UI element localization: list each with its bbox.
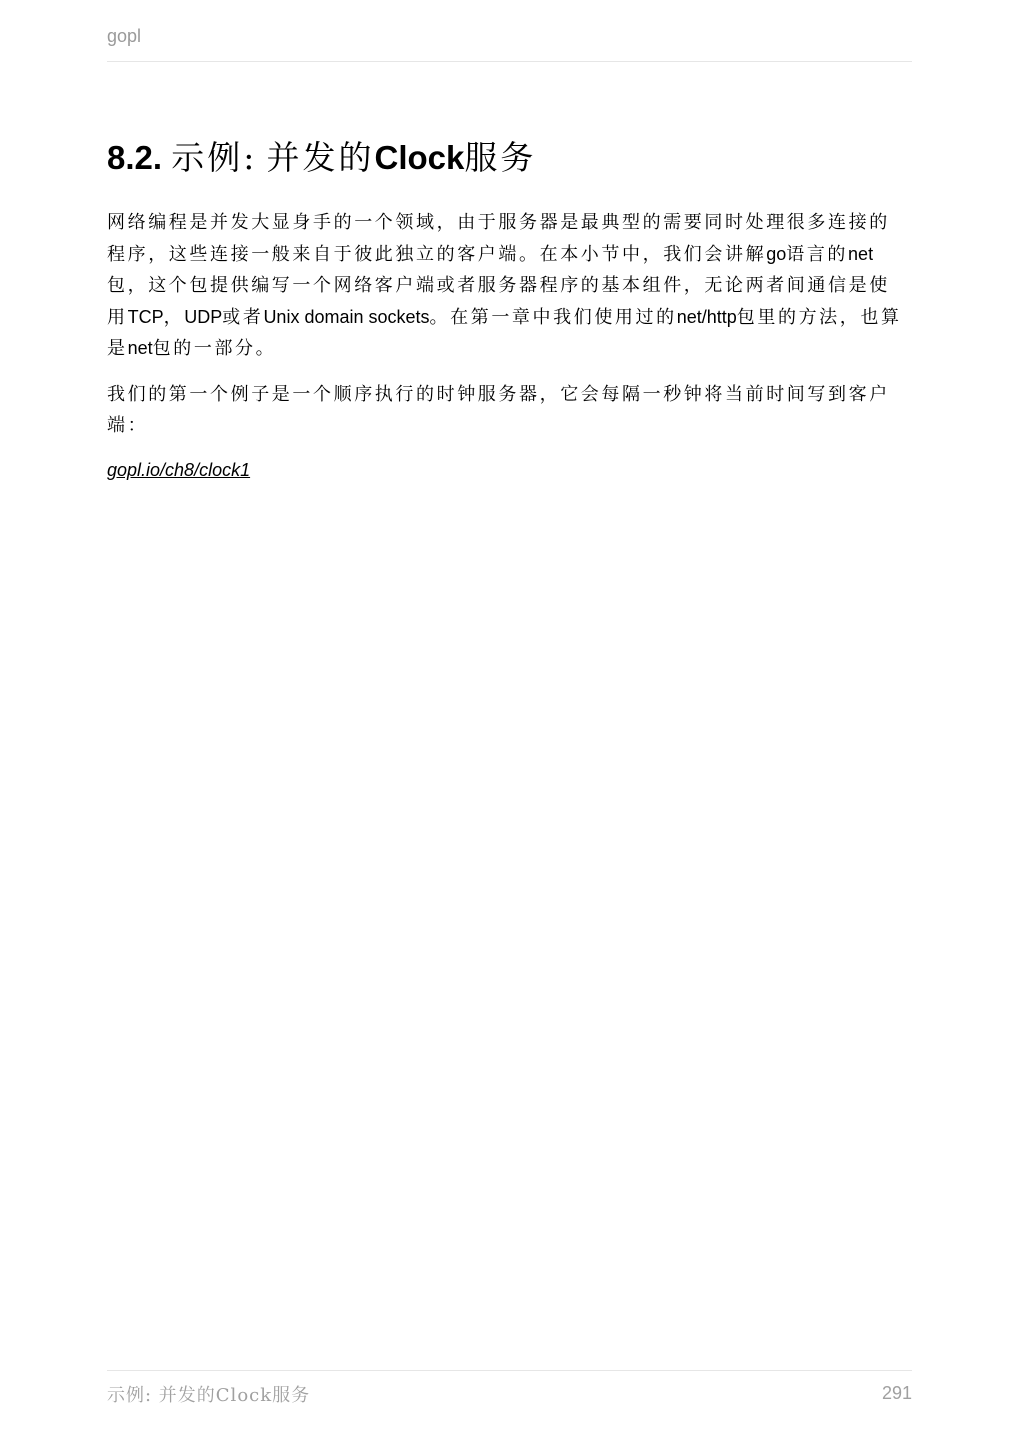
text-segment: UDP bbox=[184, 307, 222, 327]
text-segment: net/http bbox=[677, 307, 737, 327]
book-title: gopl bbox=[107, 24, 912, 48]
page-footer: 示例: 并发的Clock服务 291 bbox=[107, 1370, 912, 1411]
section-number: 8.2. bbox=[107, 139, 162, 176]
page-number: 291 bbox=[882, 1383, 912, 1404]
section-heading: 8.2. 示例: 并发的Clock服务 bbox=[107, 136, 536, 180]
footer-chapter-title: 示例: 并发的Clock服务 bbox=[107, 1381, 310, 1407]
text-segment: ， bbox=[164, 307, 185, 328]
text-segment: Unix domain sockets bbox=[263, 307, 429, 327]
text-segment: 。在第一章中我们使用过的 bbox=[430, 307, 677, 328]
section-title-latin: Clock bbox=[375, 139, 465, 176]
example-intro-paragraph: 我们的第一个例子是一个顺序执行的时钟服务器，它会每隔一秒钟将当前时间写到客户端： bbox=[107, 379, 907, 442]
text-segment: go bbox=[766, 244, 786, 264]
code-link-line: gopl.io/ch8/clock1 bbox=[107, 456, 907, 484]
text-segment: 包的一部分。 bbox=[153, 338, 277, 359]
section-title-part: 服务 bbox=[464, 138, 536, 177]
page-header: gopl bbox=[107, 24, 912, 62]
code-source-link[interactable]: gopl.io/ch8/clock1 bbox=[107, 460, 250, 480]
text-segment: net bbox=[128, 338, 153, 358]
text-segment: net bbox=[848, 244, 873, 264]
intro-paragraph: 网络编程是并发大显身手的一个领域，由于服务器是最典型的需要同时处理很多连接的程序… bbox=[107, 207, 907, 365]
text-segment: 或者 bbox=[222, 307, 263, 328]
section-title-part: 示例: bbox=[171, 138, 257, 177]
text-segment: TCP bbox=[128, 307, 164, 327]
section-title-part: 并发的 bbox=[267, 138, 375, 177]
page-content: 网络编程是并发大显身手的一个领域，由于服务器是最典型的需要同时处理很多连接的程序… bbox=[107, 207, 907, 484]
text-segment: 语言的 bbox=[786, 244, 848, 265]
